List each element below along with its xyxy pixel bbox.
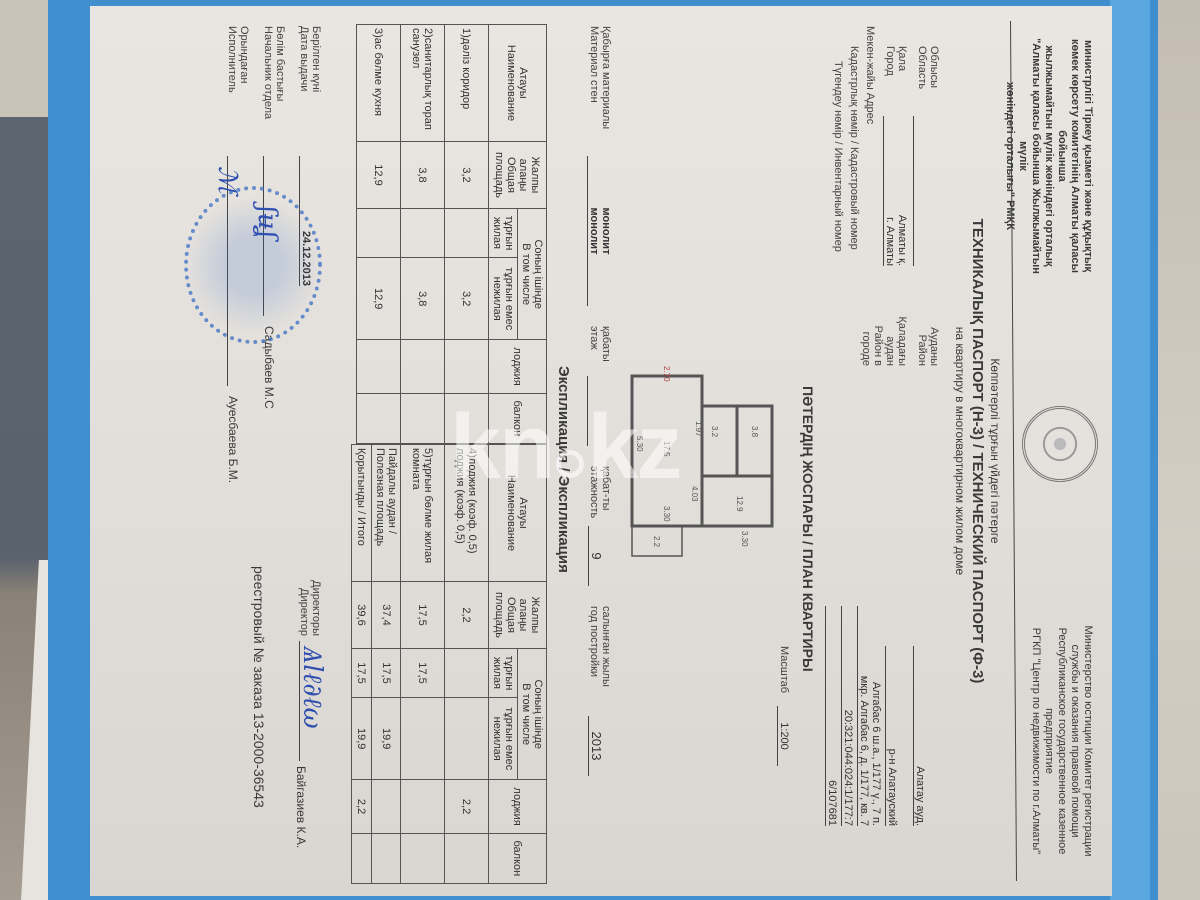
table-cell — [357, 209, 401, 258]
document-title: ТЕХНИКАЛЫҚ ПАСПОРТ (Н-3) / ТЕХНИЧЕСКИЙ П… — [969, 6, 986, 896]
table-cell: 37,4 — [372, 582, 401, 649]
col-header-nonliving: тұрғын емеснежилая — [489, 258, 518, 340]
plan-title: ПӘТЕРДІҢ ЖОСПАРЫ / ПЛАН КВАРТИРЫ — [800, 386, 816, 672]
header-line: службы и оказания правовой помощи — [1068, 606, 1081, 876]
table-cell: 12,9 — [357, 258, 401, 340]
field-label-inventory: Түгендеу нөмір / Инвентарный номер — [832, 61, 844, 252]
table-cell — [445, 649, 489, 698]
explication-table-left: АтауыНаименование ЖалпыалаңыОбщаяплощадь… — [356, 24, 547, 444]
field-label-district: АуданыРайон — [916, 296, 940, 366]
header-org-ru: Министерство юстиции Комитет регистрации… — [1029, 606, 1094, 876]
table-cell: 19,9 — [352, 698, 372, 780]
field-value-district: Алатау ауд. — [913, 646, 926, 826]
field-label-city-district: Қаладағы ауданРайон в городе — [860, 296, 908, 366]
table-row: 2)санитарлық торап санузел3,83,8 — [401, 25, 445, 444]
material-label: Қабырға материалыМатериал стен — [588, 26, 612, 129]
signature-head: ʃʉʆ — [252, 206, 282, 238]
header-line: көмек көрсету комитетінің Алматы қаласы … — [1055, 26, 1081, 286]
header-line: жылжымайтын мүлік жөніндегі орталық — [1042, 26, 1055, 286]
table-cell — [445, 209, 489, 258]
dim-label: 3.30 — [740, 531, 749, 547]
field-value-city: Алматы қ.г. Алматы — [883, 116, 908, 266]
table-cell — [357, 393, 401, 443]
table-cell — [401, 340, 445, 393]
table-cell: 17,5 — [401, 649, 445, 698]
field-value-city-district: р-н Алатауский — [885, 646, 898, 826]
col-header-incl: Соның ішіндеВ том числе — [518, 649, 547, 780]
table-row: 3)ас бөлме кухня12,912,9 — [357, 25, 401, 444]
table-cell: 3,2 — [445, 142, 489, 209]
col-header-nonliving: тұрғын емеснежилая — [489, 698, 518, 780]
table-cell: 2,2 — [445, 780, 489, 833]
document-subtitle: на квартиру в многоквартирном жилом доме — [953, 6, 967, 896]
watermark: knkz — [450, 395, 681, 500]
col-header-total: ЖалпыалаңыОбщаяплощадь — [489, 142, 547, 209]
header-line: "Алматы қаласы бойынша Жылжымайтын мүлік — [1016, 26, 1042, 286]
table-cell — [401, 393, 445, 443]
room-3-area: 12.9 — [735, 496, 744, 512]
table-cell: 5)тұрғын бөлме жилая комната — [401, 445, 445, 582]
table-cell — [401, 698, 445, 780]
field-value-oblast — [913, 116, 926, 266]
year-value: 2013 — [588, 716, 604, 776]
table-cell — [372, 780, 401, 833]
dim-label: 4.03 — [690, 486, 699, 502]
room-1-area: 3.2 — [710, 426, 719, 438]
table-cell: 12,9 — [357, 142, 401, 209]
header-line: министрлігі Тіркеу қызметі және құқықтық — [1081, 26, 1094, 286]
year-label: салынған жылыгод постройки — [588, 606, 612, 687]
field-label-city: ҚалаГород — [884, 46, 908, 76]
scale-label: Масштаб — [778, 646, 790, 693]
kazakhstan-emblem-icon — [1022, 406, 1098, 482]
header-line: Республиканское государственное казенное — [1055, 606, 1068, 876]
table-cell — [372, 833, 401, 883]
header-line: предприятие — [1042, 606, 1055, 876]
table-cell — [357, 340, 401, 393]
field-value-cadastral: 20:321:044:024:1/177:7 — [841, 606, 854, 826]
table-row: 1)дәліз коридор3,23,2 — [445, 25, 489, 444]
signature-executor: ℳ — [212, 166, 242, 194]
col-header-living: тұрғынжилая — [489, 649, 518, 698]
dim-label: 1.97 — [694, 421, 703, 437]
table-cell: 17,5 — [352, 649, 372, 698]
head-label: Бөлім бастығыНачальник отдела — [262, 26, 286, 119]
order-number: реестровый № заказа 13-2000-36543 — [251, 566, 267, 808]
col-header-living: тұрғынжилая — [489, 209, 518, 258]
table-cell — [401, 833, 445, 883]
table-cell: 3)ас бөлме кухня — [357, 25, 401, 142]
field-label-address: Мекен-жайы Адрес — [864, 26, 876, 124]
table-cell: 3,8 — [401, 258, 445, 340]
director-name: Байгазиев К.А. — [294, 766, 308, 848]
table-cell — [445, 698, 489, 780]
table-cell: 17,5 — [372, 649, 401, 698]
table-cell: Қорытынды / Итого — [352, 445, 372, 582]
signature-director: Ѧlℓ∂ℓω — [297, 646, 327, 729]
table-row: 5)тұрғын бөлме жилая комната17,517,5 — [401, 445, 445, 884]
room-4-area: 2.2 — [652, 536, 661, 548]
table-cell: Пайдалы аудан / Полезная площадь — [372, 445, 401, 582]
header-line: Министерство юстиции Комитет регистрации — [1081, 606, 1094, 876]
floor-label: қабатыэтаж — [588, 326, 612, 362]
header-org-kz: министрлігі Тіркеу қызметі және құқықтық… — [1003, 26, 1094, 286]
table-cell — [445, 833, 489, 883]
room-2-area: 3.8 — [750, 426, 759, 438]
field-label-oblast: ОблысыОбласть — [916, 46, 940, 89]
executor-label: ОрындағанИсполнитель — [226, 26, 250, 93]
col-header-name: АтауыНаименование — [489, 25, 547, 142]
table-cell: 2,2 — [445, 582, 489, 649]
table-cell: 3,8 — [401, 142, 445, 209]
field-label-cadastral: Кадастрлық нөмір / Кадастровый номер — [848, 46, 860, 250]
col-header-total: ЖалпыалаңыОбщаяплощадь — [489, 582, 547, 649]
table-cell: 2)санитарлық торап санузел — [401, 25, 445, 142]
executor-name: Ауесбаева Б.М. — [226, 396, 240, 483]
table-cell — [401, 780, 445, 833]
blue-folder-edge — [1110, 0, 1150, 900]
issue-date-label: Берілген күніДата выдачи — [298, 26, 322, 92]
col-header-loggia: лоджия — [489, 780, 547, 833]
scale-value: 1:200 — [777, 706, 790, 766]
header-line: РГКП "Центр по недвижимости по г.Алматы" — [1029, 606, 1042, 876]
table-cell — [352, 833, 372, 883]
explication-table-right: АтауыНаименование ЖалпыалаңыОбщаяплощадь… — [351, 444, 547, 884]
table-cell — [445, 340, 489, 393]
field-value-inventory: 6/107681 — [825, 606, 838, 826]
table-cell: 3,2 — [445, 258, 489, 340]
table-cell — [401, 209, 445, 258]
col-header-loggia: лоджия — [489, 340, 547, 393]
director-label: ДиректорыДиректор — [298, 566, 322, 636]
house-icon — [556, 450, 584, 478]
table-cell: 2,2 — [352, 780, 372, 833]
field-value-address: Алгабас 6 ш.а., 1/177 ү., 7 п.мкр. Алгаб… — [857, 606, 882, 826]
table-row-total: Қорытынды / Итого39,617,519,92,2 — [352, 445, 372, 884]
table-cell: 1)дәліз коридор — [445, 25, 489, 142]
material-value: монолитмонолит — [587, 156, 612, 306]
col-header-incl: Соның ішіндеВ том числе — [518, 209, 547, 340]
col-header-balcony: балкон — [489, 833, 547, 883]
floors-value: 9 — [588, 526, 604, 586]
table-row-useful: Пайдалы аудан / Полезная площадь37,417,5… — [372, 445, 401, 884]
table-cell: 19,9 — [372, 698, 401, 780]
dim-label: 2.70 — [662, 366, 671, 382]
dim-label: 3.30 — [662, 506, 671, 522]
table-row: 4)лоджия (коэф. 0,5) лоджия (коэф. 0,5)2… — [445, 445, 489, 884]
table-cell: 39,6 — [352, 582, 372, 649]
table-cell: 17,5 — [401, 582, 445, 649]
title-kz: Көппәтерлі тұрғын үйдегі пәтерге — [988, 6, 1002, 896]
